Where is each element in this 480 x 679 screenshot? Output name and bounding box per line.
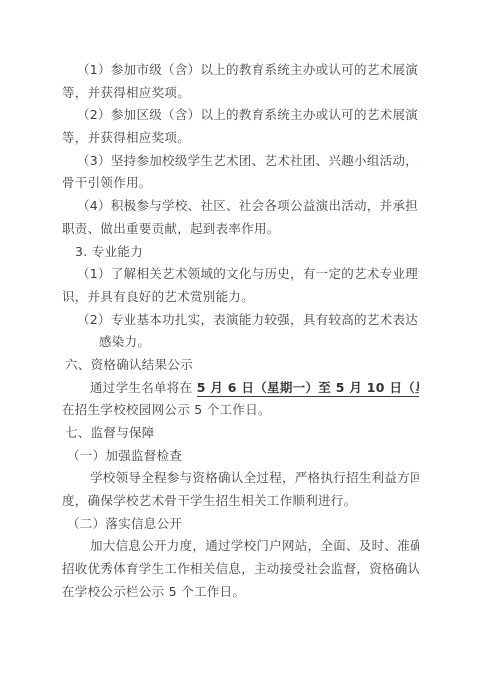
text-segment: （二）落实信息公开 (67, 516, 182, 531)
text-segment: （4）积极参与学校、社区、社会各项公益演出活动，并承担主要 (77, 198, 419, 213)
text-line: 识，并具有良好的艺术赏别能力。 (62, 286, 419, 309)
text-line: 度，确保学校艺术骨干学生招生相关工作顺利进行。 (62, 490, 419, 513)
text-segment: （一）加强监督检查 (67, 448, 182, 463)
text-line: 等，并获得相应奖项。 (62, 127, 419, 150)
text-line: （二）落实信息公开 (62, 513, 419, 536)
text-line: （2）参加区级（含）以上的教育系统主办或认可的艺术展演活动 (62, 104, 419, 127)
text-line: （一）加强监督检查 (62, 445, 419, 468)
text-segment: 等，并获得相应奖项。 (62, 130, 190, 145)
text-line: 等，并获得相应奖项。 (62, 82, 419, 105)
text-line: （2）专业基本功扎实，表演能力较强，具有较高的艺术表达力与 (62, 309, 419, 332)
text-line: 招收优秀体育学生工作相关信息，主动接受社会监督，资格确认名单 (62, 558, 419, 581)
text-segment: 通过学生名单将在 (90, 380, 197, 395)
text-segment: （1）了解相关艺术领域的文化与历史，有一定的艺术专业理论知 (77, 266, 419, 281)
text-line: 感染力。 (62, 331, 419, 354)
text-line: 七、监督与保障 (62, 422, 419, 445)
document-page: （1）参加市级（含）以上的教育系统主办或认可的艺术展演活动等，并获得相应奖项。（… (0, 0, 480, 679)
text-line: 骨干引领作用。 (62, 172, 419, 195)
text-segment: （1）参加市级（含）以上的教育系统主办或认可的艺术展演活动 (77, 62, 419, 77)
text-line: （1）了解相关艺术领域的文化与历史，有一定的艺术专业理论知 (62, 263, 419, 286)
text-segment: 3. 专业能力 (75, 244, 143, 259)
text-segment: 招收优秀体育学生工作相关信息，主动接受社会监督，资格确认名单 (62, 561, 419, 576)
text-segment: 在招生学校校园网公示 5 个工作日。 (62, 402, 271, 417)
text-line: 通过学生名单将在 5 月 6 日（星期一）至 5 月 10 日（星期五） (62, 377, 419, 400)
date-range-emphasis: 5 月 6 日（星期一）至 5 月 10 日（星期五） (197, 380, 419, 397)
text-segment: （2）参加区级（含）以上的教育系统主办或认可的艺术展演活动 (77, 107, 419, 122)
text-line: （1）参加市级（含）以上的教育系统主办或认可的艺术展演活动 (62, 59, 419, 82)
text-line: 职责、做出重要贡献，起到表率作用。 (62, 218, 419, 241)
text-segment: （3）坚持参加校级学生艺术团、艺术社团、兴趣小组活动，发挥 (77, 153, 419, 168)
text-line: （3）坚持参加校级学生艺术团、艺术社团、兴趣小组活动，发挥 (62, 150, 419, 173)
text-line: 六、资格确认结果公示 (62, 354, 419, 377)
text-segment: 七、监督与保障 (65, 425, 155, 440)
text-segment: 度，确保学校艺术骨干学生招生相关工作顺利进行。 (62, 493, 356, 508)
text-line: （4）积极参与学校、社区、社会各项公益演出活动，并承担主要 (62, 195, 419, 218)
text-line: 3. 专业能力 (62, 241, 419, 264)
text-segment: 职责、做出重要贡献，起到表率作用。 (62, 221, 280, 236)
text-segment: 学校领导全程参与资格确认全过程，严格执行招生利益方回避制 (90, 470, 419, 485)
text-segment: 加大信息公开力度，通过学校门户网站，全面、及时、准确公布 (90, 538, 419, 553)
text-segment: 在学校公示栏公示 5 个工作日。 (62, 584, 245, 599)
text-segment: 六、资格确认结果公示 (65, 357, 193, 372)
text-line: 加大信息公开力度，通过学校门户网站，全面、及时、准确公布 (62, 535, 419, 558)
text-line: 学校领导全程参与资格确认全过程，严格执行招生利益方回避制 (62, 467, 419, 490)
text-segment: 骨干引领作用。 (62, 175, 152, 190)
text-segment: （2）专业基本功扎实，表演能力较强，具有较高的艺术表达力与 (77, 312, 419, 327)
text-block: （1）参加市级（含）以上的教育系统主办或认可的艺术展演活动等，并获得相应奖项。（… (62, 59, 419, 604)
text-line: 在招生学校校园网公示 5 个工作日。 (62, 399, 419, 422)
text-segment: 感染力。 (99, 334, 150, 349)
text-line: 在学校公示栏公示 5 个工作日。 (62, 581, 419, 604)
text-segment: 识，并具有良好的艺术赏别能力。 (62, 289, 254, 304)
text-segment: 等，并获得相应奖项。 (62, 85, 190, 100)
